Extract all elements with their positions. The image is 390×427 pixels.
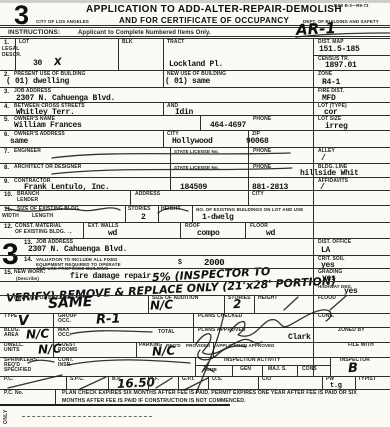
line	[170, 147, 171, 190]
item7-number: 7.	[4, 149, 9, 155]
stories-label: STORIES	[128, 207, 151, 213]
line	[163, 102, 164, 115]
line	[163, 70, 164, 87]
line	[163, 130, 164, 147]
line	[0, 147, 390, 148]
architect-label: ARCHITECT OR DESIGNER	[14, 165, 81, 171]
application-approved-label: APPLICATION APPROVED	[216, 343, 275, 348]
census-value: 1897.01	[325, 62, 357, 70]
dollar-sign: $	[178, 259, 182, 267]
line	[313, 38, 314, 376]
line	[0, 327, 390, 328]
line	[0, 268, 390, 269]
inspector-hand: B	[348, 362, 359, 376]
inspection-col3-label: MAJ. S.	[268, 367, 287, 373]
line	[248, 130, 249, 147]
line	[180, 222, 181, 238]
line	[0, 87, 390, 88]
line	[158, 205, 159, 222]
line	[83, 222, 84, 238]
line	[248, 190, 249, 205]
line	[200, 115, 201, 130]
line	[322, 376, 323, 389]
item4-number: 4.	[4, 104, 9, 110]
line	[55, 389, 56, 404]
expiry-note-line1: PLAN CHECK EXPIRES SIX MONTHS AFTER FEE …	[62, 391, 357, 397]
form-subtitle: AND FOR CERTIFICATE OF OCCUPANCY	[119, 17, 289, 25]
line	[0, 70, 390, 71]
line	[163, 38, 164, 70]
line	[0, 205, 390, 206]
typist-label: TYPIST	[358, 377, 376, 383]
group-occ-hand: R-1	[96, 312, 121, 326]
fee-os-label: O.S.	[212, 377, 222, 383]
line	[118, 38, 119, 70]
line	[0, 255, 390, 256]
width-label: WIDTH	[2, 214, 19, 220]
line	[0, 342, 390, 343]
new-work-label: NEW WORK:	[14, 270, 45, 276]
inspection-col4-label: CONS	[302, 367, 317, 373]
owner-name-value: William Frances	[14, 122, 82, 130]
owner-phone-value: 464-4697	[210, 122, 246, 130]
cons-label: CONS.	[318, 314, 334, 320]
group-occ-label2: OCC.	[58, 319, 71, 325]
line	[148, 295, 149, 313]
line	[213, 342, 214, 357]
line	[53, 313, 54, 357]
plans-approved-label: PLANS APPROVED	[198, 328, 246, 334]
tract-value: Lockland Pl.	[169, 61, 223, 69]
line	[178, 376, 179, 389]
item12-number: 12.	[4, 224, 12, 230]
city-value: Hollywood	[172, 138, 213, 146]
line	[355, 376, 356, 389]
fee-bp-hand: 16.50	[117, 376, 156, 390]
zoned-by-label: ZONED BY	[338, 328, 365, 334]
line	[192, 205, 193, 222]
item14-number: 14.	[24, 257, 32, 263]
total-label: TOTAL	[158, 330, 175, 336]
parking-provided-label: PROVIDED	[186, 343, 210, 348]
line	[245, 222, 246, 238]
line	[193, 313, 194, 342]
height2-slash-stroke	[284, 297, 298, 310]
line	[0, 313, 390, 314]
legal-label2: DESCR.	[2, 53, 22, 59]
line	[0, 295, 390, 296]
line	[0, 238, 390, 239]
item8-number: 8.	[4, 165, 9, 171]
line	[195, 357, 196, 376]
zone-value: R4-1	[322, 79, 340, 87]
inspection-col1-label: NUMB	[203, 367, 217, 372]
line	[330, 357, 331, 376]
const-material-label2: OF EXISTING BLDG.	[15, 230, 65, 236]
alley-value: /	[321, 155, 326, 163]
fee-if-label: I.F.	[152, 377, 159, 383]
fee-pc-label: P.C.	[4, 377, 13, 383]
line	[0, 102, 390, 103]
new-use-value: ( 01) same	[165, 78, 210, 86]
dist-office-label: DIST. OFFICE	[318, 240, 351, 246]
lender-city-label: CITY	[252, 192, 264, 198]
lot-label: LOT	[19, 40, 29, 46]
existing-buildings-label: NO. OF EXISTING BUILDINGS ON LOT AND USE	[196, 207, 303, 212]
dwell-units-label2: UNITS	[4, 348, 20, 354]
line	[0, 163, 390, 164]
dist-map-value: 151.5-185	[319, 46, 360, 54]
item6-number: 6.	[4, 132, 9, 138]
engineer-phone-label: PHONE	[253, 149, 271, 155]
stories2-hand: 2	[233, 298, 242, 310]
line	[0, 376, 390, 377]
line	[148, 376, 149, 389]
line	[248, 147, 249, 190]
engineer-label: ENGINEER	[14, 149, 41, 155]
lot-value: 30	[33, 60, 42, 68]
line	[0, 130, 390, 131]
fee-gpi-label: G.P.I.	[182, 377, 195, 383]
line	[0, 115, 390, 116]
line	[15, 38, 16, 70]
margin-dashed-line	[22, 416, 152, 417]
line	[136, 342, 137, 357]
line	[0, 222, 390, 223]
item10-number: 10.	[4, 192, 12, 198]
line	[254, 295, 255, 313]
parking-hand: N/C	[152, 344, 176, 357]
new-work-typed-value: fire damage repair	[70, 273, 151, 281]
dist-office-value: LA	[321, 247, 330, 255]
line	[232, 365, 233, 376]
line	[262, 365, 263, 376]
line	[297, 365, 298, 376]
inspection-activity-title: INSPECTION ACTIVITY	[224, 358, 280, 364]
max-occ-dash-stroke	[70, 331, 152, 334]
lender-address-label: ADDRESS	[135, 192, 160, 198]
roof-value: compo	[197, 230, 220, 238]
line	[125, 205, 126, 222]
plans-checked-label: PLANS CHECKED	[198, 314, 242, 320]
item9-number: 9.	[4, 179, 9, 185]
line	[130, 190, 131, 205]
arrow-right-icon: →	[66, 229, 73, 237]
item5-number: 5.	[4, 117, 9, 123]
divider	[0, 36, 390, 37]
bldg-area-label2: AREA	[4, 333, 19, 339]
fee-co-label: C/O	[262, 377, 271, 383]
length-label: LENGTH	[32, 214, 53, 220]
line	[208, 376, 209, 389]
existing-buildings-value: 1-dwelg	[202, 214, 234, 222]
owner-address-value: same	[10, 138, 28, 146]
form-code: B&S B-3—R9-73	[334, 4, 369, 9]
line	[313, 55, 390, 56]
type-label: TYPE	[4, 314, 17, 320]
owner-phone-label: PHONE	[253, 117, 271, 123]
agency-name: CITY OF LOS ANGELES	[36, 19, 89, 24]
tract-label: TRACT	[167, 40, 184, 46]
fee-spc-label: S.P.C.	[70, 377, 84, 383]
permit-form-scan: 3 CITY OF LOS ANGELES APPLICATION TO ADD…	[0, 0, 390, 427]
line	[0, 281, 390, 282]
inspection-col2-label: GEN	[240, 367, 251, 373]
line	[108, 376, 109, 389]
branch-lender-label2: LENDER	[17, 198, 38, 204]
zoned-by-value: Clark	[288, 334, 311, 342]
cont-insp-dash-stroke	[68, 360, 190, 365]
line	[0, 177, 390, 178]
line	[66, 376, 67, 389]
present-use-value: ( 01) dwelling	[6, 78, 69, 86]
line	[0, 190, 390, 191]
size-existing-label: SIZE OF EXISTING BLDG.	[17, 207, 80, 213]
lot-hand-mark: X	[54, 58, 62, 68]
sprinklers-label3: SPECIFIED	[4, 368, 31, 374]
max-occ-label2: OCC.	[58, 333, 71, 339]
floor-value: wd	[266, 230, 275, 238]
engineer-license-label: STATE LICENSE No.	[174, 149, 219, 154]
item15-number: 15.	[4, 270, 12, 276]
line	[0, 404, 230, 406]
line	[0, 389, 390, 390]
item3-number: 3.	[4, 89, 9, 95]
form-title: APPLICATION TO ADD-ALTER-REPAIR-DEMOLISH	[86, 5, 342, 15]
architect-phone-label: PHONE	[253, 165, 271, 171]
guest-rooms-label2: ROOMS	[58, 348, 77, 354]
bldg-area-hand: N/C	[26, 327, 50, 340]
ext-walls-value: wd	[108, 230, 117, 238]
architect-license-label: STATE LICENSE No.	[174, 165, 219, 170]
blk-label: BLK	[122, 40, 133, 46]
zone-label: ZONE	[318, 72, 332, 78]
height2-label: HEIGHT	[258, 296, 278, 302]
zip-value: 90068	[246, 138, 269, 146]
stories-value: 2	[141, 214, 146, 222]
new-use2-hand: SAME	[48, 295, 93, 311]
flood-label: FLOOD	[318, 296, 336, 302]
height-label: HEIGHT	[161, 207, 181, 213]
cont-insp-label2: INSP.	[58, 363, 71, 369]
size-addition-hand: N/C	[150, 298, 174, 311]
line	[224, 295, 225, 313]
line	[258, 376, 259, 389]
file-with-label: FILE WITH	[348, 343, 374, 349]
margin-vertical-text: ONLY	[4, 409, 9, 424]
pc-no-label: P.C. No.	[4, 391, 23, 397]
